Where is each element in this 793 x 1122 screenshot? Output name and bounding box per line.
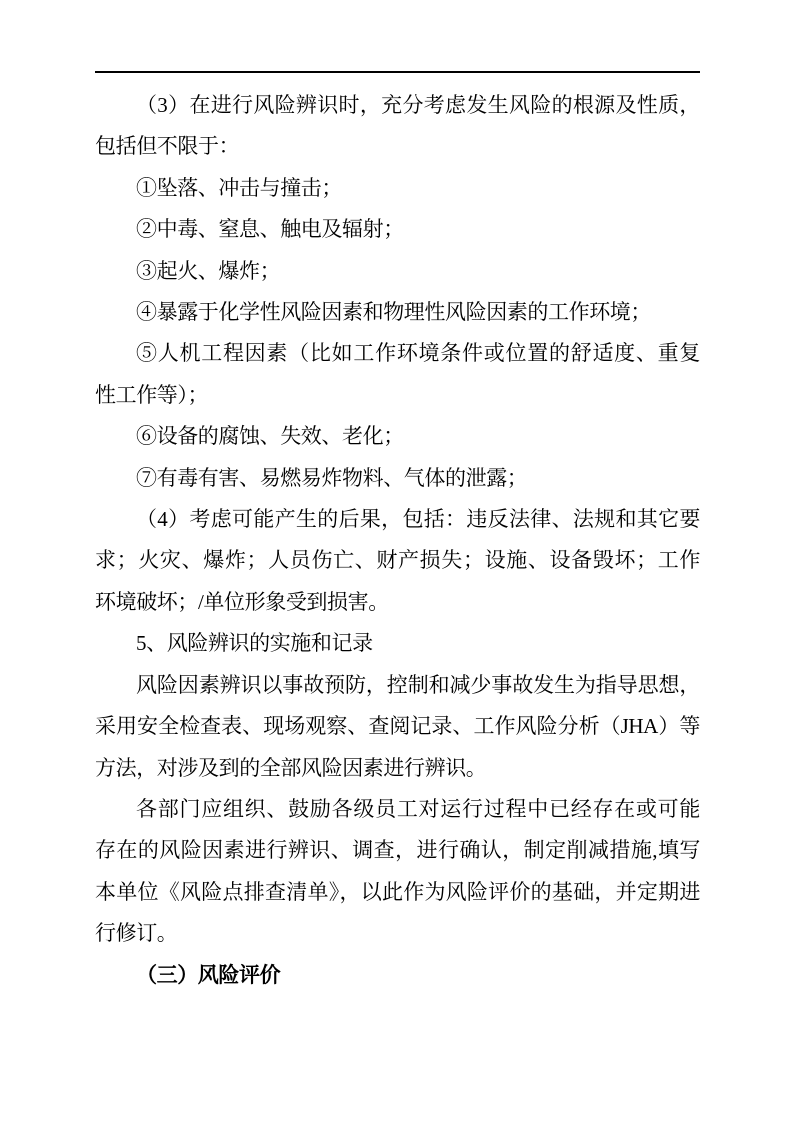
text-line: 采用安全检查表、现场观察、查阅记录、工作风险分析（JHA）等 (95, 706, 700, 747)
text-line: （三）风险评价 (95, 955, 700, 996)
text-line: 环境破坏；/单位形象受到损害。 (95, 582, 700, 623)
text-line: 包括但不限于： (95, 126, 700, 167)
document-body: （3）在进行风险辨识时，充分考虑发生风险的根源及性质，包括但不限于：①坠落、冲击… (95, 85, 700, 996)
paragraph: 5、风险辨识的实施和记录 (95, 623, 700, 664)
text-line: ③起火、爆炸； (95, 251, 700, 292)
text-line: ⑦有毒有害、易燃易炸物料、气体的泄露； (95, 458, 700, 499)
text-line: （3）在进行风险辨识时，充分考虑发生风险的根源及性质， (95, 85, 700, 126)
paragraph: ③起火、爆炸； (95, 251, 700, 292)
paragraph: （三）风险评价 (95, 955, 700, 996)
text-line: 存在的风险因素进行辨识、调查，进行确认，制定削减措施,填写 (95, 830, 700, 871)
paragraph: 各部门应组织、鼓励各级员工对运行过程中已经存在或可能存在的风险因素进行辨识、调查… (95, 789, 700, 955)
text-line: 方法，对涉及到的全部风险因素进行辨识。 (95, 748, 700, 789)
text-line: ⑤人机工程因素（比如工作环境条件或位置的舒适度、重复 (95, 333, 700, 374)
paragraph: ⑤人机工程因素（比如工作环境条件或位置的舒适度、重复性工作等）； (95, 333, 700, 416)
text-line: （4）考虑可能产生的后果，包括：违反法律、法规和其它要 (95, 499, 700, 540)
page: （3）在进行风险辨识时，充分考虑发生风险的根源及性质，包括但不限于：①坠落、冲击… (0, 0, 793, 1122)
header-rule (95, 71, 700, 73)
text-line: 风险因素辨识以事故预防，控制和减少事故发生为指导思想， (95, 665, 700, 706)
text-line: 本单位《风险点排查清单》，以此作为风险评价的基础，并定期进 (95, 872, 700, 913)
paragraph: （3）在进行风险辨识时，充分考虑发生风险的根源及性质，包括但不限于： (95, 85, 700, 168)
paragraph: ②中毒、窒息、触电及辐射； (95, 209, 700, 250)
paragraph: ④暴露于化学性风险因素和物理性风险因素的工作环境； (95, 292, 700, 333)
paragraph: ⑥设备的腐蚀、失效、老化； (95, 416, 700, 457)
text-line: 求；火灾、爆炸；人员伤亡、财产损失；设施、设备毁坏；工作 (95, 540, 700, 581)
text-line: ④暴露于化学性风险因素和物理性风险因素的工作环境； (95, 292, 700, 333)
paragraph: ①坠落、冲击与撞击； (95, 168, 700, 209)
text-line: ⑥设备的腐蚀、失效、老化； (95, 416, 700, 457)
paragraph: ⑦有毒有害、易燃易炸物料、气体的泄露； (95, 458, 700, 499)
paragraph: 风险因素辨识以事故预防，控制和减少事故发生为指导思想，采用安全检查表、现场观察、… (95, 665, 700, 789)
text-line: 行修订。 (95, 913, 700, 954)
paragraph: （4）考虑可能产生的后果，包括：违反法律、法规和其它要求；火灾、爆炸；人员伤亡、… (95, 499, 700, 623)
text-line: 各部门应组织、鼓励各级员工对运行过程中已经存在或可能 (95, 789, 700, 830)
text-line: 性工作等）； (95, 375, 700, 416)
text-line: ②中毒、窒息、触电及辐射； (95, 209, 700, 250)
text-line: 5、风险辨识的实施和记录 (95, 623, 700, 664)
text-line: ①坠落、冲击与撞击； (95, 168, 700, 209)
